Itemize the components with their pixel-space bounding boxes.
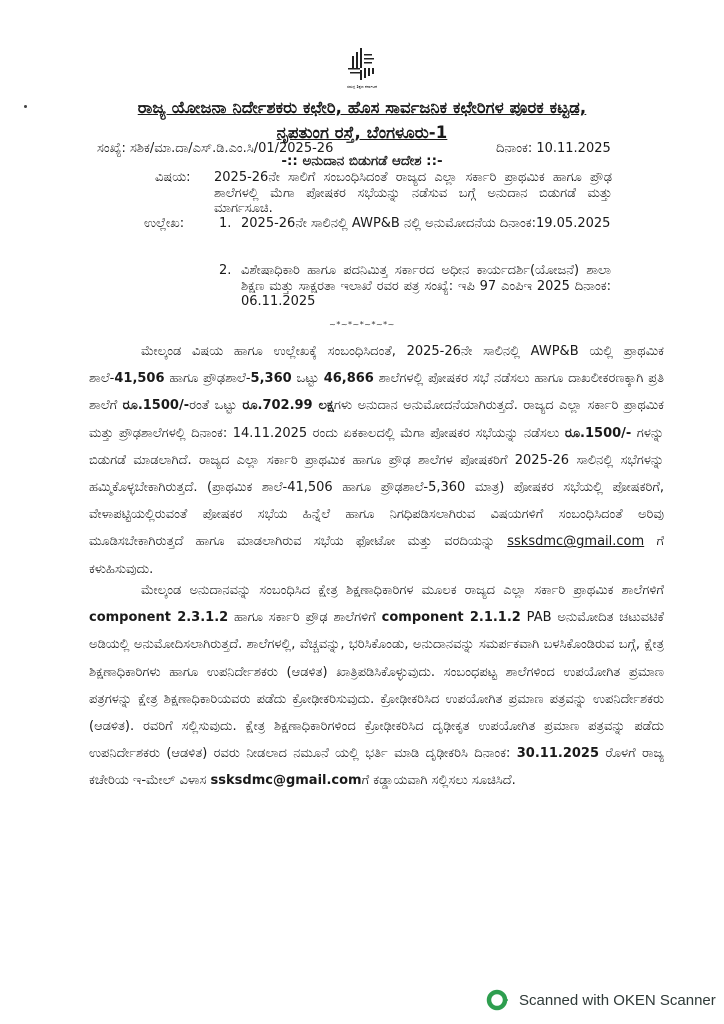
- scanner-watermark: Scanned with OKEN Scanner: [486, 988, 716, 1012]
- watermark-text: Scanned with OKEN Scanner: [519, 992, 716, 1009]
- reference-item-text: ವಿಶೇಷಾಧಿಕಾರಿ ಹಾಗೂ ಪದನಿಮಿತ್ತ ಸರ್ಕಾರದ ಅಧೀನ…: [241, 263, 611, 310]
- subject-text: 2025-26ನೇ ಸಾಲಿಗೆ ಸಂಬಂಧಿಸಿದಂತೆ ರಾಜ್ಯದ ಎಲ್…: [214, 170, 612, 217]
- references-label: ಉಲ್ಲೇಖ:: [144, 216, 184, 231]
- reference-item-number: 1.: [219, 216, 231, 231]
- reference-item-number: 2.: [219, 263, 231, 278]
- emblem-logo-icon: ಸಮಗ್ರ ಶಿಕ್ಷಣ ಕರ್ನಾಟಕ: [338, 46, 386, 90]
- email-address: ssksdmc@gmail.com: [211, 773, 362, 788]
- section-divider: ~*~*~*~*~*~: [0, 320, 724, 329]
- office-name-header: ರಾಜ್ಯ ಯೋಜನಾ ನಿರ್ದೇಶಕರು ಕಛೇರಿ, ಹೊಸ ಸಾರ್ವಜ…: [0, 98, 724, 118]
- email-link[interactable]: ssksdmc@gmail.com: [507, 534, 644, 549]
- office-address-header: ನೃಪತುಂಗ ರಸ್ತೆ, ಬೆಂಗಳೂರು-1: [0, 123, 724, 143]
- subject-label: ವಿಷಯ:: [155, 170, 191, 185]
- oken-scanner-logo-icon: [486, 988, 510, 1012]
- document-page: ಸಮಗ್ರ ಶಿಕ್ಷಣ ಕರ್ನಾಟಕ ರಾಜ್ಯ ಯೋಜನಾ ನಿರ್ದೇಶ…: [0, 0, 724, 1024]
- body-paragraph-1: ಮೇಲ್ಕಂಡ ವಿಷಯ ಹಾಗೂ ಉಲ್ಲೇಖಕ್ಕೆ ಸಂಬಂಧಿಸಿದಂತ…: [89, 338, 664, 583]
- body-paragraph-2: ಮೇಲ್ಕಂಡ ಅನುದಾನವನ್ನು ಸಂಬಂಧಿಸಿದ ಕ್ಷೇತ್ರ ಶಿ…: [89, 577, 664, 795]
- order-title: -:: ಅನುದಾನ ಬಿಡುಗಡೆ ಆದೇಶ ::-: [0, 153, 724, 169]
- svg-text:ಸಮಗ್ರ ಶಿಕ್ಷಣ ಕರ್ನಾಟಕ: ಸಮಗ್ರ ಶಿಕ್ಷಣ ಕರ್ನಾಟಕ: [347, 84, 377, 90]
- reference-item-text: 2025-26ನೇ ಸಾಲಿನಲ್ಲಿ AWP&B ನಲ್ಲಿ ಅನುಮೋದನೆ…: [241, 216, 611, 232]
